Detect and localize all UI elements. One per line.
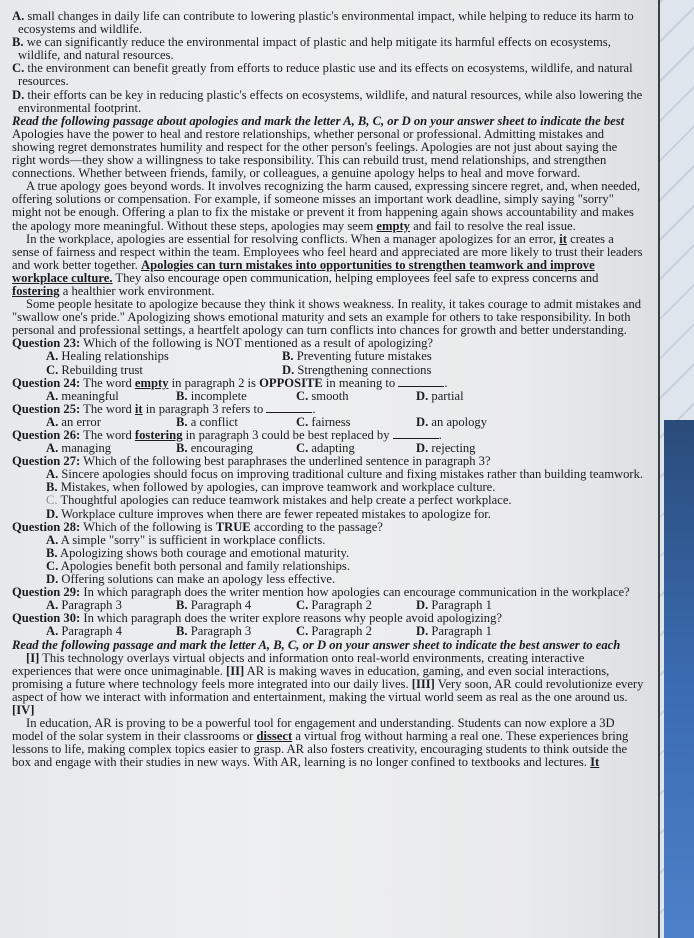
text: They also encourage open communication, … (113, 271, 599, 285)
question-25: Question 25: The word it in paragraph 3 … (12, 403, 644, 429)
question-text: Which of the following best paraphrases … (83, 454, 490, 468)
option-letter: A. (12, 9, 24, 23)
option-d[interactable]: D. an apology (416, 416, 536, 429)
text: according to the passage? (251, 520, 383, 534)
paragraph-1: Apologies have the power to heal and res… (12, 128, 644, 180)
previous-question-options: A. small changes in daily life can contr… (12, 10, 644, 115)
question-text: Which of the following is NOT mentioned … (83, 336, 433, 350)
options: A. Healing relationships B. Preventing f… (12, 350, 644, 376)
question-label: Question 30: (12, 611, 80, 625)
question-29: Question 29: In which paragraph does the… (12, 586, 644, 612)
apology-passage: Apologies have the power to heal and res… (12, 128, 644, 338)
question-label: Question 25: (12, 402, 80, 416)
text: The word (83, 402, 135, 416)
question-23: Question 23: Which of the following is N… (12, 337, 644, 376)
option-letter: C. (12, 61, 24, 75)
paragraph-2: A true apology goes beyond words. It inv… (12, 180, 644, 232)
option-letter: D. (12, 88, 24, 102)
options: A. A simple "sorry" is sufficient in wor… (12, 534, 644, 586)
text: The word (83, 376, 135, 390)
passage-instruction: Read the following passage about apologi… (12, 115, 644, 128)
option-b[interactable]: B. we can significantly reduce the envir… (12, 36, 644, 62)
text: The word (83, 428, 135, 442)
question-26: Question 26: The word fostering in parag… (12, 429, 644, 455)
insertion-marker: [III] (412, 677, 435, 691)
underlined-word-it: it (559, 232, 567, 246)
question-label: Question 24: (12, 376, 80, 390)
question-28: Question 28: Which of the following is T… (12, 521, 644, 586)
option-a[interactable]: A. Paragraph 4 (46, 625, 176, 638)
text: in paragraph 3 refers to (143, 402, 264, 416)
question-label: Question 27: (12, 454, 80, 468)
paragraph-2: In education, AR is proving to be a powe… (12, 717, 644, 769)
answer-blank (266, 403, 312, 413)
underlined-word-dissect: dissect (256, 729, 292, 743)
option-text: their efforts can be key in reducing pla… (18, 88, 642, 115)
option-c[interactable]: C. smooth (296, 390, 416, 403)
text: in meaning to (323, 376, 395, 390)
option-text: small changes in daily life can contribu… (18, 9, 634, 36)
option-d[interactable]: D. Paragraph 1 (416, 625, 536, 638)
emphasis: TRUE (216, 520, 251, 534)
emphasis: OPPOSITE (259, 376, 323, 390)
text: and fail to resolve the real issue. (410, 219, 576, 233)
text: in paragraph 2 is (169, 376, 260, 390)
option-b[interactable]: B. Paragraph 3 (176, 625, 296, 638)
option-text: we can significantly reduce the environm… (18, 35, 611, 62)
paragraph-3: In the workplace, apologies are essentia… (12, 233, 644, 298)
underlined-word-it: It (590, 755, 599, 769)
underlined-word-fostering: fostering (12, 284, 60, 298)
text: in paragraph 3 could be best replaced by (183, 428, 390, 442)
ar-passage: [I] This technology overlays virtual obj… (12, 652, 644, 770)
options: A. Sincere apologies should focus on imp… (12, 468, 644, 520)
text: In the workplace, apologies are essentia… (26, 232, 559, 246)
options: A. Paragraph 4 B. Paragraph 3 C. Paragra… (12, 625, 644, 638)
question-text: In which paragraph does the writer menti… (83, 585, 629, 599)
paragraph-1: [I] This technology overlays virtual obj… (12, 652, 644, 717)
option-text: the environment can benefit greatly from… (18, 61, 633, 88)
insertion-marker: [II] (226, 664, 244, 678)
question-label: Question 29: (12, 585, 80, 599)
text: Which of the following is (83, 520, 216, 534)
background-object (664, 420, 694, 938)
target-word: fostering (135, 428, 183, 442)
page-content: A. small changes in daily life can contr… (12, 10, 644, 769)
question-30: Question 30: In which paragraph does the… (12, 612, 644, 638)
option-d[interactable]: D. partial (416, 390, 536, 403)
underlined-word-empty: empty (376, 219, 410, 233)
question-label: Question 23: (12, 336, 80, 350)
question-text: In which paragraph does the writer explo… (83, 611, 502, 625)
text: a healthier work environment. (60, 284, 215, 298)
option-a[interactable]: A. small changes in daily life can contr… (12, 10, 644, 36)
option-letter: B. (12, 35, 24, 49)
question-label: Question 26: (12, 428, 80, 442)
paragraph-4: Some people hesitate to apologize becaus… (12, 298, 644, 337)
question-27: Question 27: Which of the following best… (12, 455, 644, 520)
insertion-marker: [IV] (12, 703, 34, 717)
exam-page: A. small changes in daily life can contr… (0, 0, 660, 938)
option-d[interactable]: D. their efforts can be key in reducing … (12, 89, 644, 115)
answer-blank (398, 377, 444, 387)
option-c[interactable]: C. the environment can benefit greatly f… (12, 62, 644, 88)
target-word: it (135, 402, 143, 416)
question-label: Question 28: (12, 520, 80, 534)
question-24: Question 24: The word empty in paragraph… (12, 377, 644, 403)
answer-blank (393, 429, 439, 439)
target-word: empty (135, 376, 169, 390)
insertion-marker: [I] (26, 651, 39, 665)
option-c[interactable]: C. Paragraph 2 (296, 625, 416, 638)
